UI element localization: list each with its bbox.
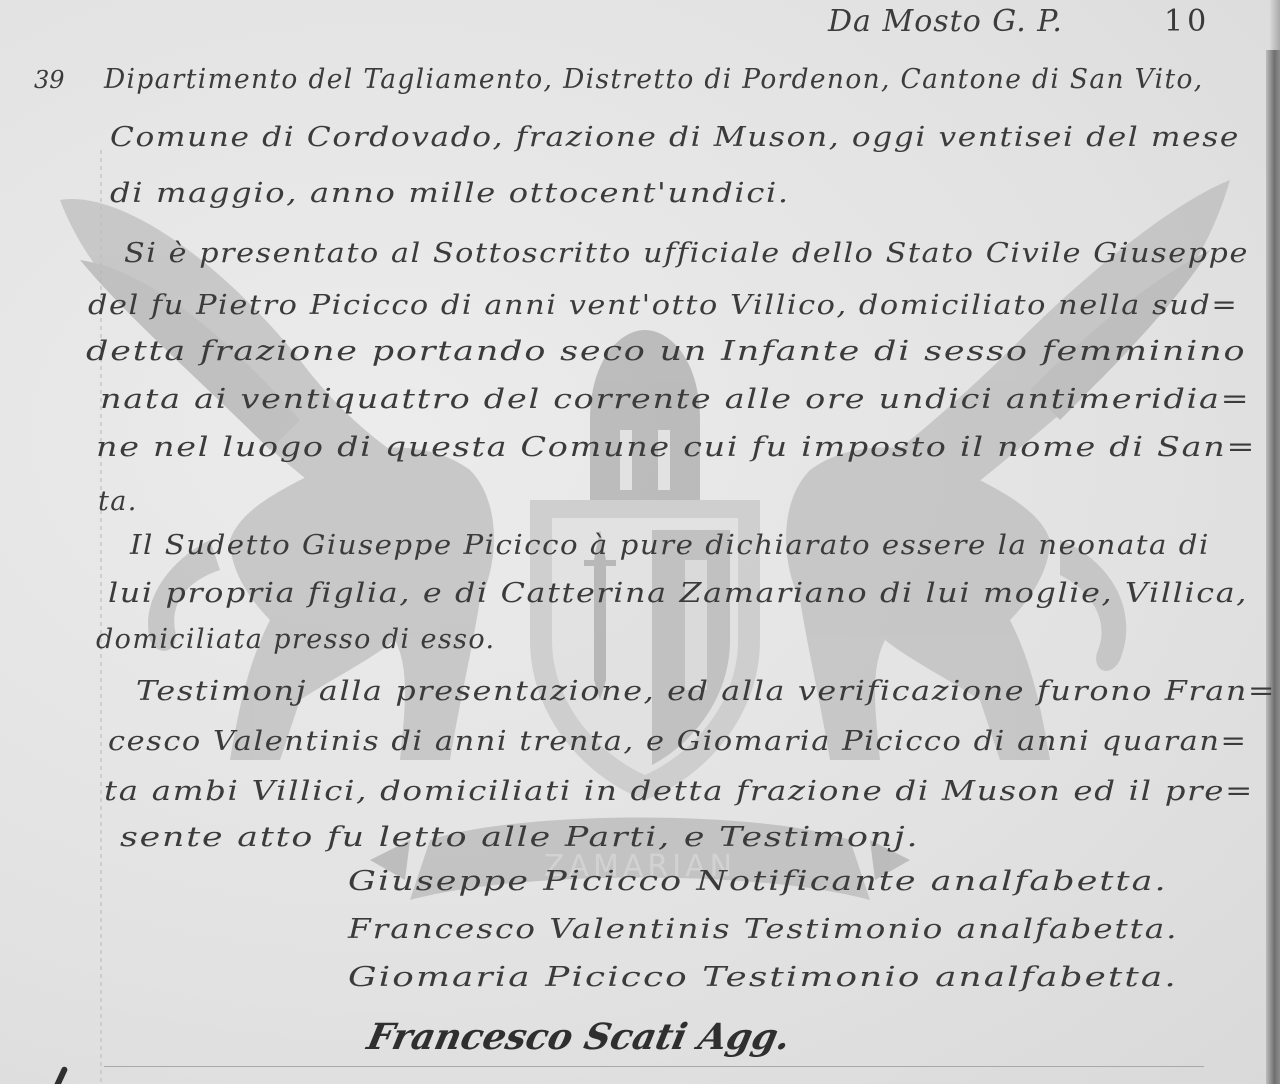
signature-testimonio-2: Giomaria Picicco Testimonio analfabetta. (348, 962, 1178, 993)
text-line: sente atto fu letto alle Parti, e Testim… (120, 822, 919, 853)
text-line: di maggio, anno mille ottocent'undici. (110, 178, 790, 209)
text-line: ta. (98, 486, 138, 517)
text-line: Si è presentato al Sottoscritto ufficial… (124, 238, 1249, 269)
text-line: nata ai ventiquattro del corrente alle o… (100, 384, 1250, 415)
text-line: ne nel luogo di questa Comune cui fu imp… (96, 432, 1256, 463)
text-line: cesco Valentinis di anni trenta, e Gioma… (108, 726, 1248, 757)
archive-reference: Da Mosto G. P. (828, 4, 1063, 39)
text-line: ta ambi Villici, domiciliati in detta fr… (104, 776, 1254, 807)
text-line: Dipartimento del Tagliamento, Distretto … (104, 64, 1204, 95)
text-line: Comune di Cordovado, frazione di Muson, … (110, 122, 1240, 153)
text-line: domiciliata presso di esso. (96, 624, 496, 655)
signature-notificante: Giuseppe Picicco Notificante analfabetta… (348, 866, 1168, 897)
record-number: 39 (34, 66, 65, 94)
page-edge (1270, 0, 1280, 50)
text-line: lui propria figlia, e di Catterina Zamar… (108, 578, 1248, 609)
page-number: 10 (1164, 4, 1210, 39)
page-binding-shadow (1266, 50, 1280, 1084)
text-line: del fu Pietro Picicco di anni vent'otto … (88, 290, 1238, 321)
official-signature: Francesco Scati Agg. (364, 1016, 795, 1058)
text-line: detta frazione portando seco un Infante … (86, 336, 1246, 367)
text-line: Testimonj alla presentazione, ed alla ve… (136, 676, 1276, 707)
bottom-rule (104, 1066, 1204, 1067)
signature-testimonio-1: Francesco Valentinis Testimonio analfabe… (348, 914, 1179, 945)
text-line: Il Sudetto Giuseppe Picicco à pure dichi… (130, 530, 1210, 561)
